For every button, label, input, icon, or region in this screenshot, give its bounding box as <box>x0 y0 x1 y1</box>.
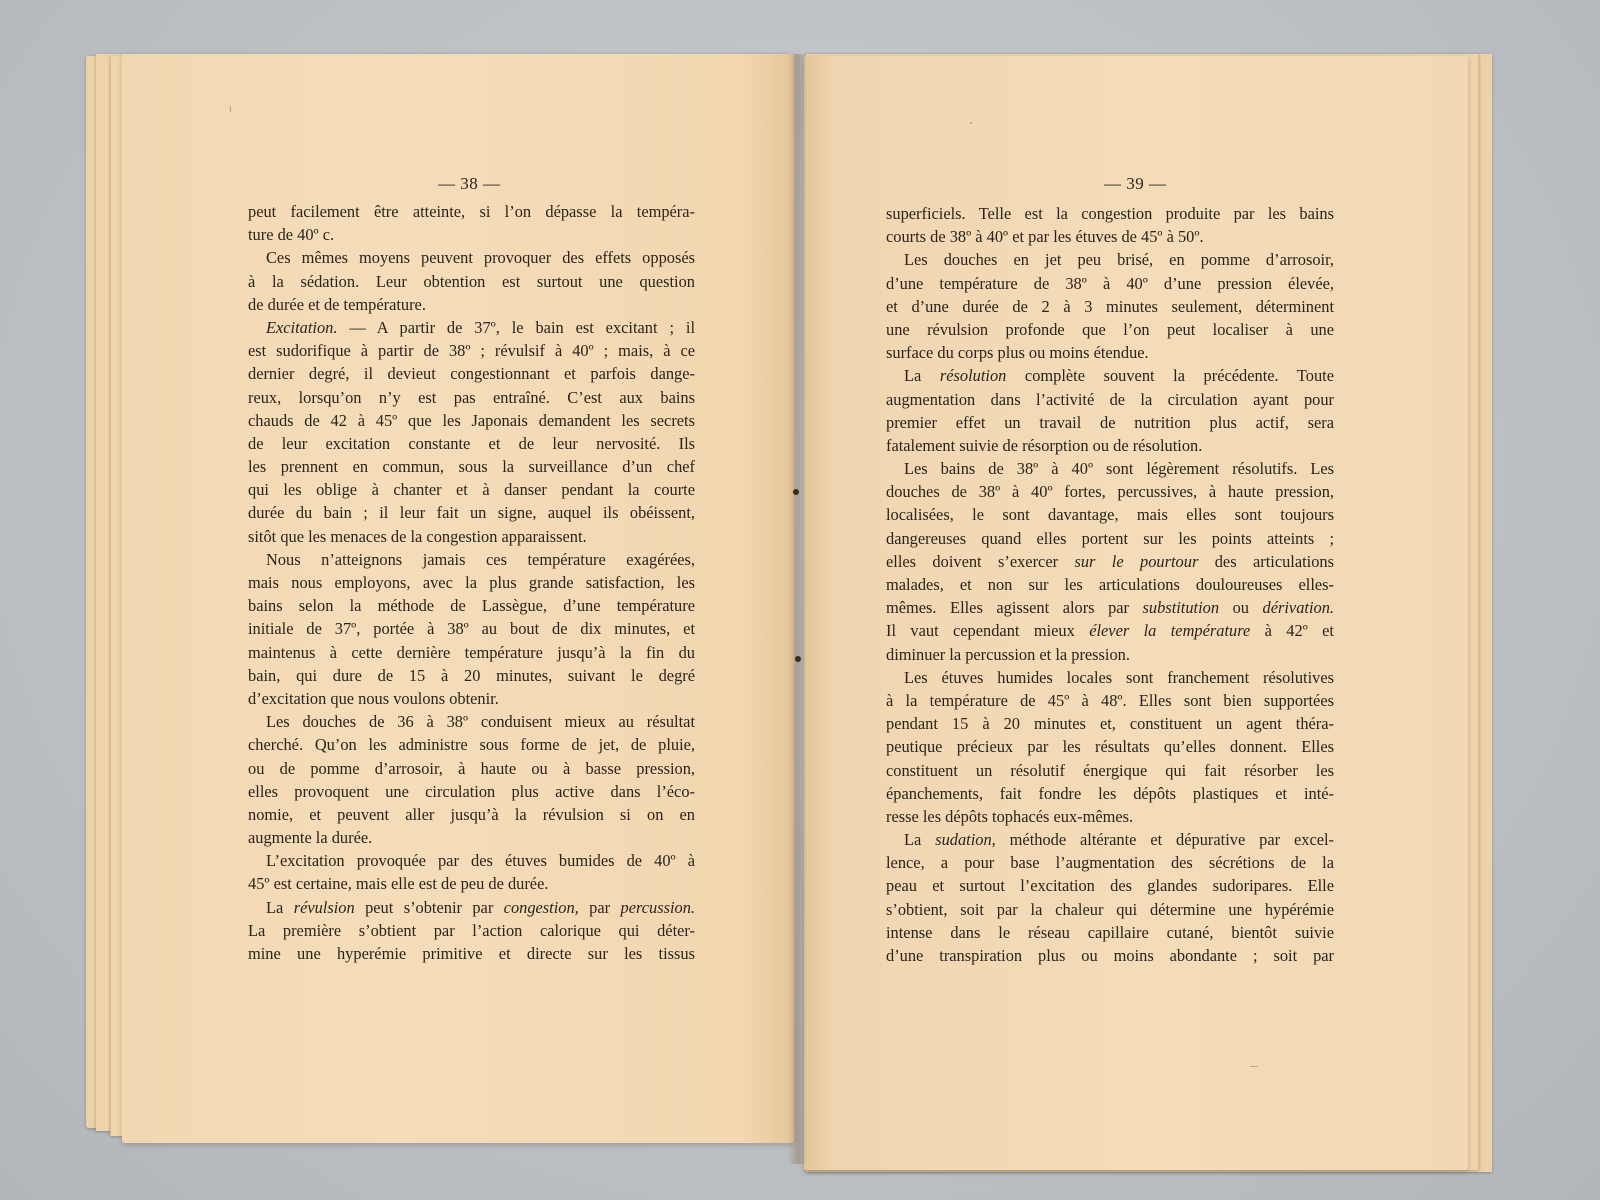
text-run: mêmes. Elles agissent alors par <box>886 598 1143 617</box>
left-page: — 38 — peut facilement être atteinte, si… <box>122 54 794 1143</box>
book-gutter <box>788 54 806 1164</box>
text-line: constituent un résolutif énergique qui f… <box>886 759 1334 782</box>
italic-term: sudation, <box>935 830 996 849</box>
text-line: sitôt que les menaces de la congestion a… <box>248 525 695 548</box>
text-run: ou <box>1219 598 1262 617</box>
text-line: mais nous employons, avec la plus grande… <box>248 571 695 594</box>
text-line: ture de 40º c. <box>248 223 695 246</box>
text-line: Nous n’atteignons jamais ces température… <box>248 548 695 571</box>
text-run: méthode altérante et dépurative par exce… <box>996 830 1334 849</box>
text-line: peut facilement être atteinte, si l’on d… <box>248 200 695 223</box>
text-line: bains selon la méthode de Lassègue, d’un… <box>248 594 695 617</box>
text-line: Les douches de 36 à 38º conduisent mieux… <box>248 710 695 733</box>
text-line: mine une hyperémie primitive et directe … <box>248 942 695 965</box>
text-line: elles provoquent une circulation plus ac… <box>248 780 695 803</box>
text-line: malades, et non sur les articulations do… <box>886 573 1334 596</box>
italic-term: percussion. <box>621 898 696 917</box>
text-run: par <box>579 898 621 917</box>
text-line: augmentation dans l’activité de la circu… <box>886 388 1334 411</box>
text-line: cherché. Qu’on les administre sous forme… <box>248 733 695 756</box>
text-line: ou de pomme d’arrosoir, à haute ou à bas… <box>248 757 695 780</box>
italic-term: dérivation. <box>1263 598 1334 617</box>
italic-term: résolution <box>940 366 1006 385</box>
text-line: nomie, et peuvent aller jusqu’à la révul… <box>248 803 695 826</box>
text-line: et d’une durée de 2 à 3 minutes seulemen… <box>886 295 1334 318</box>
text-line: diminuer la percussion et la pression. <box>886 643 1334 666</box>
text-line: d’une température de 38º à 40º d’une pre… <box>886 272 1334 295</box>
italic-term: sur le pourtour <box>1074 552 1198 571</box>
text-run: La <box>266 898 294 917</box>
text-line: les prennent en commun, sous la surveill… <box>248 455 695 478</box>
text-line: resse les dépôts tophacés eux-mêmes. <box>886 805 1334 828</box>
text-line: Excitation. — A partir de 37º, le bain e… <box>248 316 695 339</box>
text-run: Il vaut cependant mieux <box>886 621 1089 640</box>
italic-term: élever la température <box>1089 621 1250 640</box>
text-line: maintenus à cette dernière température j… <box>248 641 695 664</box>
text-line: initiale de 37º, portée à 38º au bout de… <box>248 617 695 640</box>
text-line: elles doivent s’exercer sur le pourtour … <box>886 550 1334 573</box>
binding-stitch <box>795 656 801 662</box>
text-line: peutique précieux par les résultats qu’e… <box>886 735 1334 758</box>
text-run: elles doivent s’exercer <box>886 552 1074 571</box>
text-run: à 42º et <box>1250 621 1334 640</box>
text-line: d’une transpiration plus ou moins abonda… <box>886 944 1334 967</box>
paper-speck <box>230 106 231 112</box>
text-line: 45º est certaine, mais elle est de peu d… <box>248 872 695 895</box>
page-body-text: peut facilement être atteinte, si l’on d… <box>248 200 695 965</box>
text-line: Les étuves humides locales sont franchem… <box>886 666 1334 689</box>
text-line: localisées, le sont davantage, mais elle… <box>886 503 1334 526</box>
page-number: — 39 — <box>1104 174 1167 194</box>
text-line: une révulsion profonde que l’on peut loc… <box>886 318 1334 341</box>
italic-term: congestion, <box>504 898 579 917</box>
text-line: peau et surtout l’excitation des glandes… <box>886 874 1334 897</box>
text-line: La révulsion peut s’obtenir par congesti… <box>248 896 695 919</box>
text-line: est sudorifique à partir de 38º ; révuls… <box>248 339 695 362</box>
italic-term: substitution <box>1143 598 1220 617</box>
text-line: de durée et de température. <box>248 293 695 316</box>
text-line: fatalement suivie de résorption ou de ré… <box>886 434 1334 457</box>
text-line: épanchements, fait fondre les dépôts pla… <box>886 782 1334 805</box>
text-line: Les douches en jet peu brisé, en pomme d… <box>886 248 1334 271</box>
text-line: lence, a pour base l’augmentation des sé… <box>886 851 1334 874</box>
text-line: à la sédation. Leur obtention est surtou… <box>248 270 695 293</box>
text-line: bain, qui dure de 15 à 20 minutes, suiva… <box>248 664 695 687</box>
text-line: s’obtient, soit par la chaleur qui déter… <box>886 898 1334 921</box>
text-line: La sudation, méthode altérante et dépura… <box>886 828 1334 851</box>
italic-term: Excitation. <box>266 318 337 337</box>
right-page: — 39 — superficiels. Telle est la conges… <box>804 56 1468 1170</box>
text-line: dernier degré, il devieut congestionnant… <box>248 362 695 385</box>
text-line: surface du corps plus ou moins étendue. <box>886 341 1334 364</box>
text-line: pendant 15 à 20 minutes et, constituent … <box>886 712 1334 735</box>
text-line: Les bains de 38º à 40º sont légèrement r… <box>886 457 1334 480</box>
text-line: L’excitation provoquée par des étuves bu… <box>248 849 695 872</box>
text-line: premier effet un travail de nutrition pl… <box>886 411 1334 434</box>
text-line: superficiels. Telle est la congestion pr… <box>886 202 1334 225</box>
text-run: complète souvent la précédente. Toute <box>1006 366 1334 385</box>
paper-speck <box>970 122 972 124</box>
text-line: reux, lorsqu’on n’y est pas entraîné. C’… <box>248 386 695 409</box>
text-line: Ces mêmes moyens peuvent provoquer des e… <box>248 246 695 269</box>
text-line: mêmes. Elles agissent alors par substitu… <box>886 596 1334 619</box>
page-number: — 38 — <box>438 174 501 194</box>
text-line: chauds de 42 à 45º que les Japonais dema… <box>248 409 695 432</box>
text-line: d’excitation que nous voulons obtenir. <box>248 687 695 710</box>
text-line: durée du bain ; il leur fait un signe, a… <box>248 501 695 524</box>
page-body-text: superficiels. Telle est la congestion pr… <box>886 202 1334 967</box>
text-run: La <box>904 366 940 385</box>
text-run: La <box>904 830 935 849</box>
text-run: peut s’obtenir par <box>355 898 504 917</box>
text-line: douches de 38º à 40º fortes, percussives… <box>886 480 1334 503</box>
paper-speck <box>1250 1066 1258 1067</box>
open-book: — 38 — peut facilement être atteinte, si… <box>0 0 1600 1200</box>
text-line: La résolution complète souvent la précéd… <box>886 364 1334 387</box>
text-run: — A partir de 37º, le bain est excitant … <box>337 318 695 337</box>
text-line: qui les oblige à chanter et à danser pen… <box>248 478 695 501</box>
text-line: Il vaut cependant mieux élever la tempér… <box>886 619 1334 642</box>
binding-stitch <box>793 489 799 495</box>
text-line: courts de 38º à 40º et par les étuves de… <box>886 225 1334 248</box>
text-line: La première s’obtient par l’action calor… <box>248 919 695 942</box>
text-run: des articulations <box>1198 552 1334 571</box>
text-line: de leur excitation constante et de leur … <box>248 432 695 455</box>
text-line: à la température de 45º à 48º. Elles son… <box>886 689 1334 712</box>
text-line: augmente la durée. <box>248 826 695 849</box>
text-line: dangereuses quand elles portent sur les … <box>886 527 1334 550</box>
text-line: intense dans le réseau capillaire cutané… <box>886 921 1334 944</box>
italic-term: révulsion <box>294 898 355 917</box>
